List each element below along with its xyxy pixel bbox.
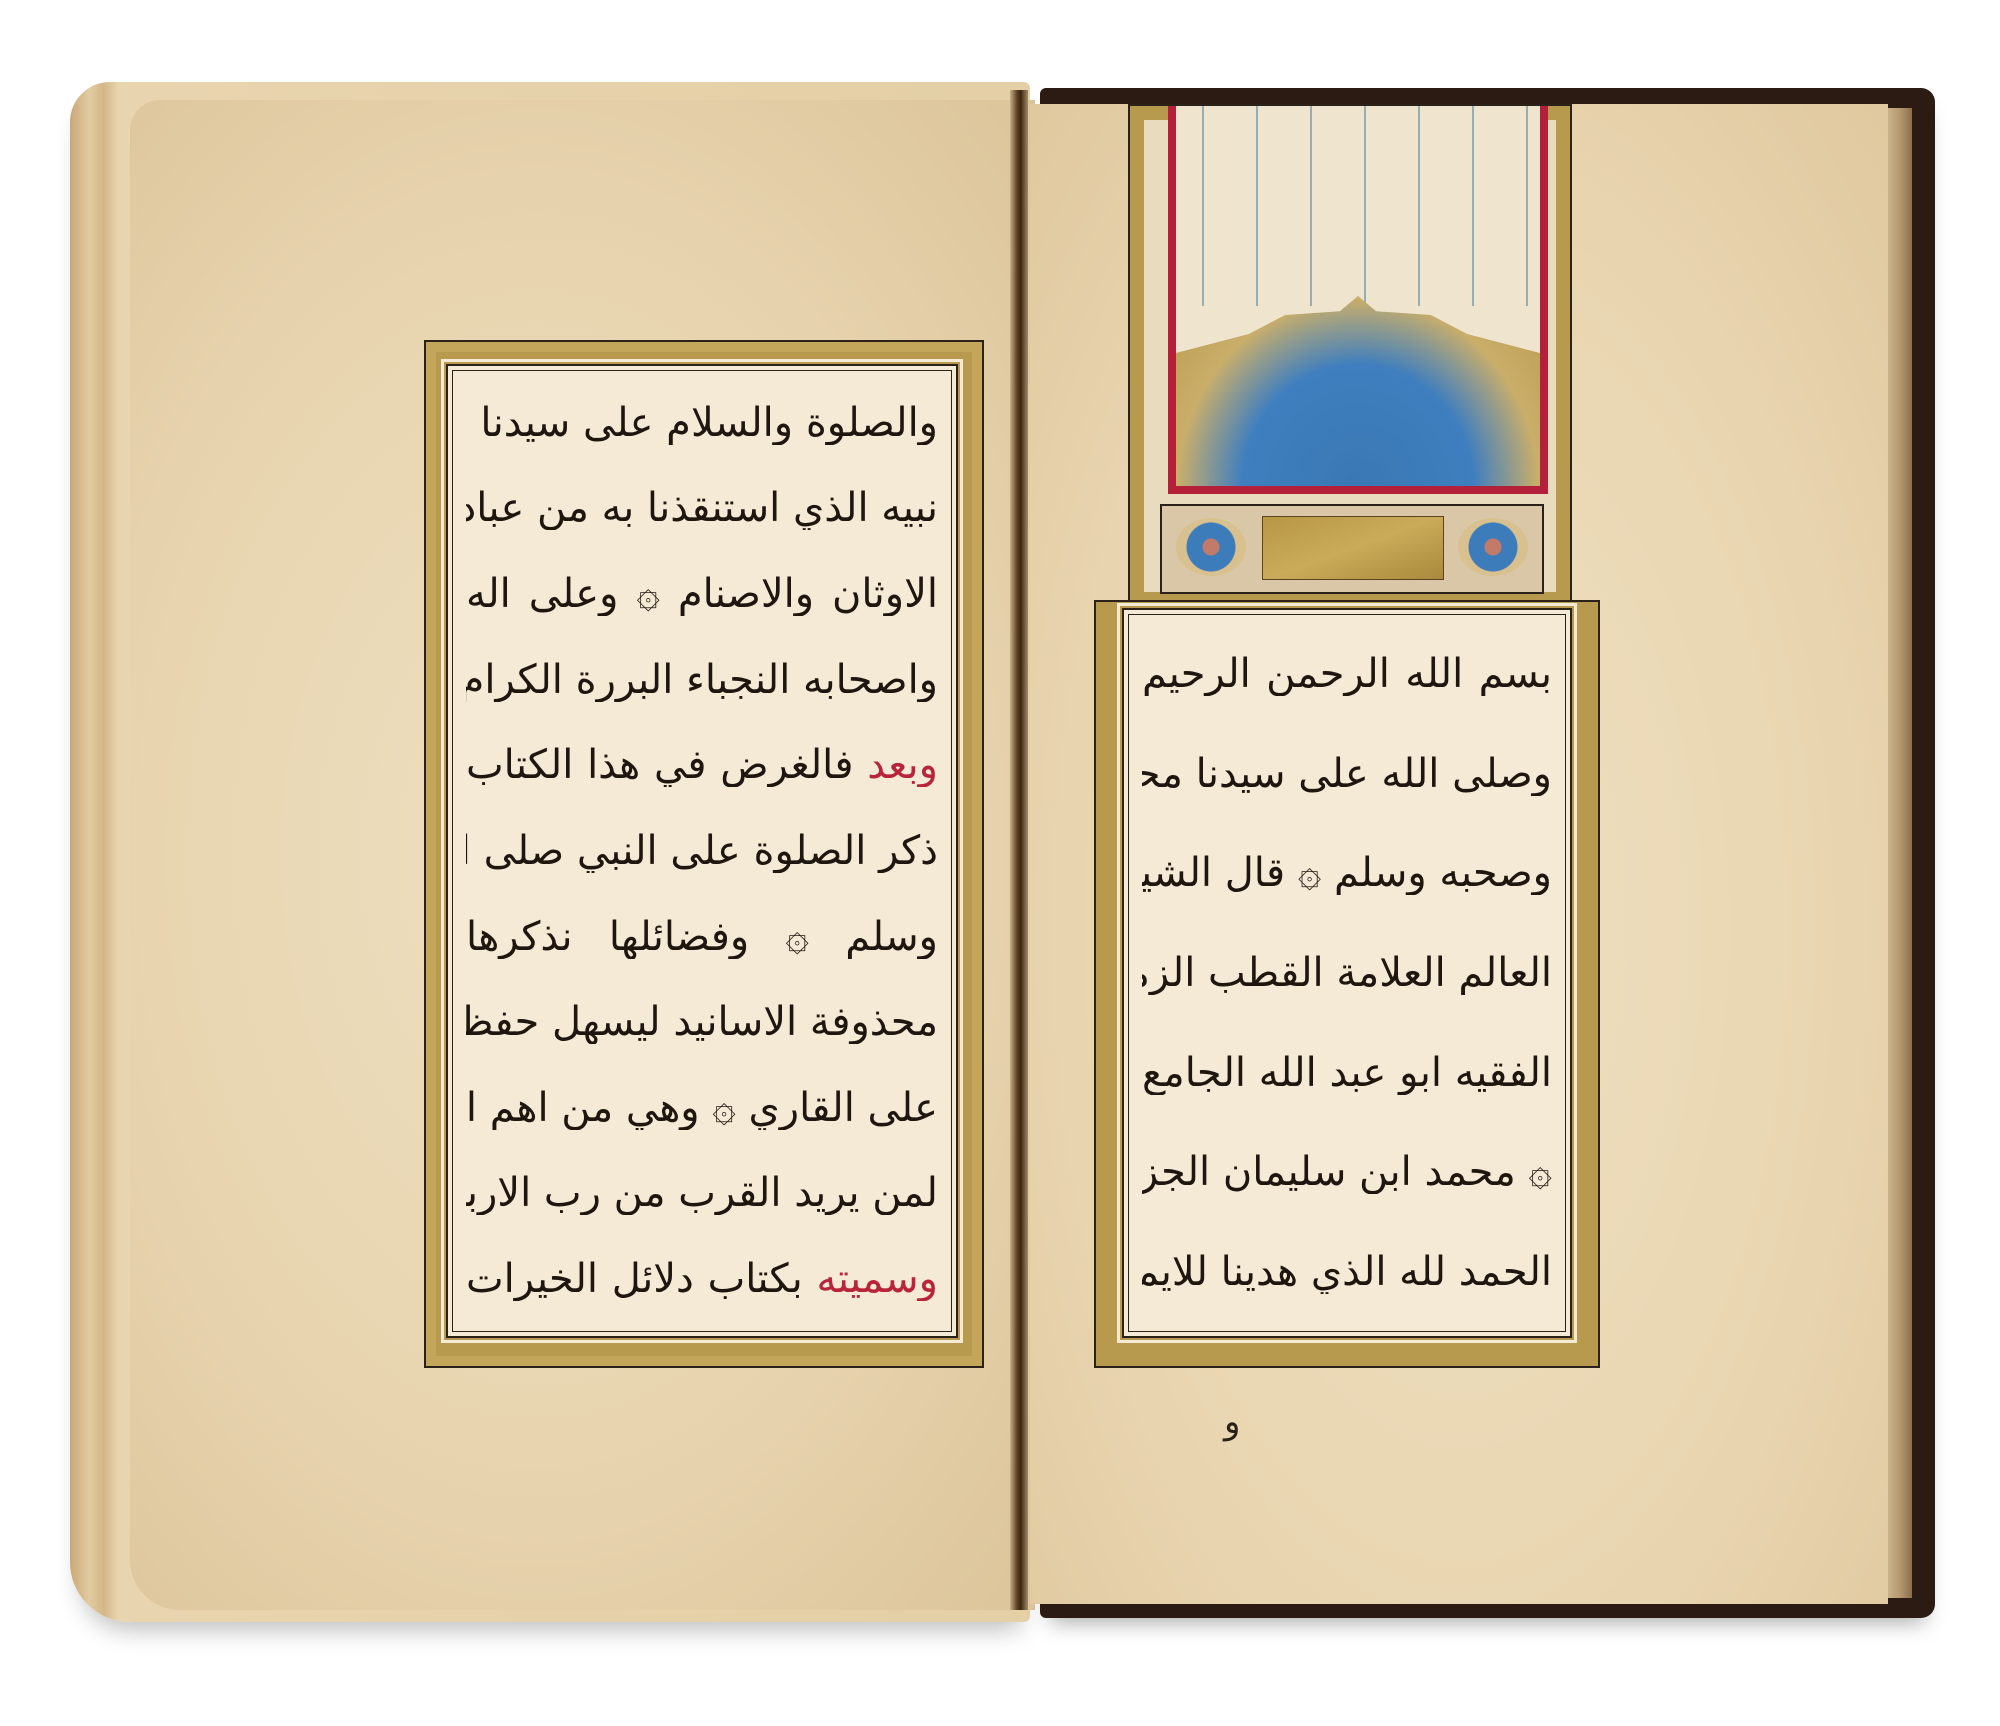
text-line: وسلم ۞ وفضائلها نذكرها <box>466 915 938 959</box>
text-line: لمن يريد القرب من رب الارباب <box>466 1171 938 1215</box>
text-line: العالم العلامة القطب الزماني <box>1142 951 1552 995</box>
cartouche-floral-left <box>1176 518 1246 576</box>
spine-gutter <box>1010 90 1028 1610</box>
text-line: الفقيه ابو عبد الله الجامع سيدي <box>1142 1051 1552 1095</box>
cartouche-floral-right <box>1458 518 1528 576</box>
text-line-rubric: وسميته بكتاب دلائل الخيرات <box>466 1257 938 1301</box>
text-line: الحمد لله الذي هدينا للايمان والاسلام <box>1142 1250 1552 1294</box>
title-cartouche <box>1160 504 1544 594</box>
floral-sprays-ornament <box>1176 106 1540 306</box>
rubric-word: وسميته <box>816 1257 938 1301</box>
blue-floral-arch-ornament <box>1176 296 1540 486</box>
text-line: والصلوة والسلام على سيدنا محمد <box>466 401 938 445</box>
left-text-panel: والصلوة والسلام على سيدنا محمد نبيه الذي… <box>446 364 958 1338</box>
illuminated-headpiece <box>1128 104 1572 608</box>
cartouche-gold-panel <box>1262 516 1444 580</box>
text-line: الاوثان والاصنام ۞ وعلى اله <box>466 572 938 616</box>
right-text-frame: بسم الله الرحمن الرحيم وصلى الله على سيد… <box>1094 600 1600 1368</box>
text-line: ۞ محمد ابن سليمان الجزولي رحمه الله <box>1142 1150 1552 1194</box>
right-text-panel: بسم الله الرحمن الرحيم وصلى الله على سيد… <box>1122 608 1572 1338</box>
headpiece-panel <box>1168 106 1548 494</box>
left-text-frame: والصلوة والسلام على سيدنا محمد نبيه الذي… <box>424 340 984 1368</box>
catchword: و <box>1224 1402 1240 1442</box>
text-line: واصحابه النجباء البررة الكرام ۞ <box>466 658 938 702</box>
right-text-block: بسم الله الرحمن الرحيم وصلى الله على سيد… <box>1124 610 1570 1336</box>
basmala-line: بسم الله الرحمن الرحيم <box>1142 652 1552 696</box>
text-line: ذكر الصلوة على النبي صلى الله عليه <box>466 829 938 873</box>
text-line: على القاري ۞ وهي من اهم المهمات <box>466 1086 938 1130</box>
rubric-word: وبعد <box>867 743 938 787</box>
text-line: وصحبه وسلم ۞ قال الشيخ الامام <box>1142 851 1552 895</box>
left-text-block: والصلوة والسلام على سيدنا محمد نبيه الذي… <box>448 366 956 1336</box>
text-line-rubric: وبعد فالغرض في هذا الكتاب <box>466 743 938 787</box>
text-line: نبيه الذي استنقذنا به من عبادة <box>466 486 938 530</box>
text-line: وصلى الله على سيدنا محمد وعلى اله <box>1142 752 1552 796</box>
manuscript-photo: والصلوة والسلام على سيدنا محمد نبيه الذي… <box>0 0 2000 1726</box>
text-line: محذوفة الاسانيد ليسهل حفظها <box>466 1000 938 1044</box>
